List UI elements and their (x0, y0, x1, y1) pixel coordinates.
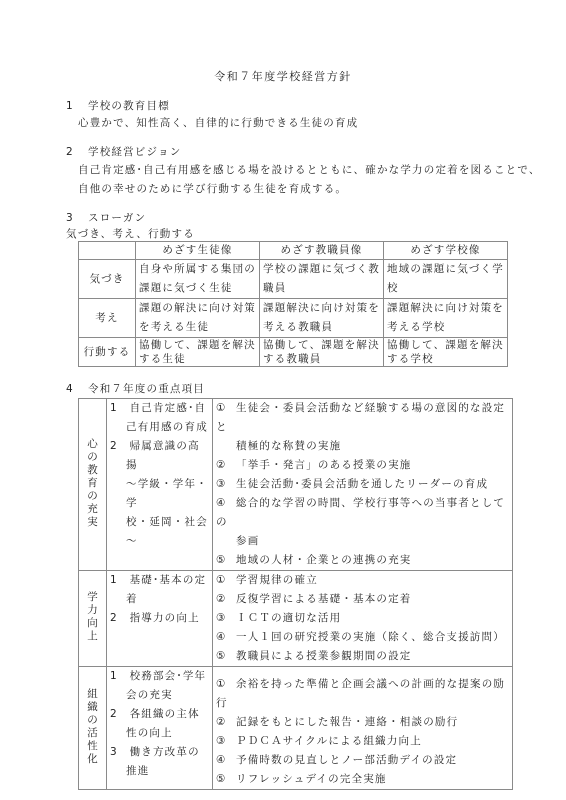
table-cell: 協働して、課題を解決する生徒 (136, 338, 260, 367)
table-cell: 協働して、課題を解決する教職員 (260, 338, 384, 367)
list-item: ①学習規律の確立 (216, 571, 509, 590)
table-row: 学力向上 1 基礎･基本の定 着 2 指導力の向上 ①学習規律の確立 ②反復学習… (79, 571, 513, 667)
item-number: ② (216, 713, 236, 732)
goal-line: 校・延岡・社会～ (110, 513, 209, 551)
row-label: 気づき (79, 260, 136, 299)
cell-line: 自身や所属する集団の (139, 263, 256, 275)
goal-line: 性の向上 (110, 724, 209, 743)
page-title: 令和７年度学校経営方針 (0, 68, 566, 84)
item-text: 生徒会・委員会活動など経験する場の意図的な設定と (216, 402, 505, 433)
item-number: ② (216, 456, 236, 475)
cell-line: 職員 (263, 282, 286, 294)
list-item: ③生徒会活動･委員会活動を通したリーダーの育成 (216, 475, 509, 494)
goal-line: 着 (110, 590, 209, 609)
cell-line: 考える教職員 (263, 321, 333, 333)
category-label: 組織の活性化 (87, 688, 99, 766)
table-cell: 協働して、課題を解決する学校 (384, 338, 508, 367)
header-cell (79, 242, 136, 260)
category-label: 心の教育の充実 (87, 438, 99, 529)
cell-line: 協働して、課題を解決 (139, 339, 256, 351)
item-number: ③ (216, 609, 236, 628)
list-item: ④総合的な学習の時間、学校行事等への当事者としての (216, 494, 509, 532)
cell-line: 協働して、課題を解決 (387, 339, 504, 351)
item-text: 総合的な学習の時間、学校行事等への当事者としての (216, 497, 505, 528)
section-number: 1 (66, 100, 88, 112)
item-text: 反復学習による基礎・基本の定着 (236, 593, 412, 605)
table-row: 組織の活性化 1 校務部会･学年 会の充実 2 各組織の主体 性の向上 3 働き… (79, 667, 513, 790)
category-cell: 組織の活性化 (79, 667, 107, 790)
item-number: ② (216, 590, 236, 609)
list-item: ③ＰＤＣＡサイクルによる組織力向上 (216, 732, 509, 751)
list-item: ③ＩＣＴの適切な活用 (216, 609, 509, 628)
item-number: ① (216, 571, 236, 590)
list-item: ⑤リフレッシュデイの完全実施 (216, 770, 509, 789)
table-cell: 課題の解決に向け対策を考える生徒 (136, 299, 260, 338)
section-number: 2 (66, 146, 88, 158)
vision-line-1: 自己肯定感･自己有用感を感じる場を設けるとともに、確かな学力の定着を図ることで、 (78, 162, 541, 177)
section-title: 学校の教育目標 (88, 100, 170, 112)
cell-line: 課題解決に向け対策を (263, 302, 380, 314)
item-text: 記録をもとにした報告・連絡・相談の励行 (236, 716, 458, 728)
table-cell: 自身や所属する集団の課題に気づく生徒 (136, 260, 260, 299)
item-text: 予備時数の見直しとノー部活動デイの設定 (236, 754, 457, 766)
item-number: ③ (216, 475, 236, 494)
row-label: 考え (79, 299, 136, 338)
table-header-row: めざす生徒像 めざす教職員像 めざす学校像 (79, 242, 508, 260)
item-number: ⑤ (216, 647, 236, 666)
section-2-heading: 2学校経営ビジョン (66, 144, 181, 159)
item-text: 「挙手・発言」のある授業の実施 (236, 459, 412, 471)
cell-line: 考える学校 (387, 321, 446, 333)
section-number: 3 (66, 212, 88, 224)
list-item: ④一人１回の研究授業の実施（除く、総合支援訪問） (216, 628, 509, 647)
cell-line: する学校 (387, 353, 434, 365)
table-row: 考え 課題の解決に向け対策を考える生徒 課題解決に向け対策を考える教職員 課題解… (79, 299, 508, 338)
goals-cell: 1 自己肯定感･自 己有用感の育成 2 帰属意識の高 揚 ～学級・学年・学 校・… (107, 399, 213, 571)
section-number: 4 (66, 383, 88, 395)
item-text: ＩＣＴの適切な活用 (236, 612, 341, 624)
items-cell: ①余裕を持った準備と企画会議への計画的な提案の励行 ②記録をもとにした報告・連絡… (213, 667, 513, 790)
list-item: ②反復学習による基礎・基本の定着 (216, 590, 509, 609)
cell-line: 協働して、課題を解決 (263, 339, 380, 351)
item-text: 教職員による授業参観期間の設定 (236, 650, 412, 662)
cell-line: 学校の課題に気づく教 (263, 263, 380, 275)
item-text: 地域の人材・企業との連携の充実 (236, 554, 412, 566)
item-text: 学習規律の確立 (236, 574, 318, 586)
item-text: 生徒会活動･委員会活動を通したリーダーの育成 (236, 478, 488, 490)
item-text: ＰＤＣＡサイクルによる組織力向上 (236, 735, 422, 747)
goal-line: 己有用感の育成 (110, 418, 209, 437)
row-label: 行動する (79, 338, 136, 367)
goals-cell: 1 基礎･基本の定 着 2 指導力の向上 (107, 571, 213, 667)
table-cell: 学校の課題に気づく教職員 (260, 260, 384, 299)
goal-line: 会の充実 (110, 686, 209, 705)
item-text: 一人１回の研究授業の実施（除く、総合支援訪問） (236, 631, 505, 643)
item-number: ① (216, 399, 236, 418)
section-title: 令和７年度の重点項目 (88, 383, 205, 395)
header-cell: めざす教職員像 (260, 242, 384, 260)
goal-line: 2 帰属意識の高 (110, 437, 209, 456)
item-number: ⑤ (216, 551, 236, 570)
table-row: 行動する 協働して、課題を解決する生徒 協働して、課題を解決する教職員 協働して… (79, 338, 508, 367)
table-row: 心の教育の充実 1 自己肯定感･自 己有用感の育成 2 帰属意識の高 揚 ～学級… (79, 399, 513, 571)
priority-table: 心の教育の充実 1 自己肯定感･自 己有用感の育成 2 帰属意識の高 揚 ～学級… (78, 398, 513, 790)
goal-line: 1 校務部会･学年 (110, 667, 209, 686)
cell-line: 課題に気づく生徒 (139, 282, 233, 294)
goal-line: ～学級・学年・学 (110, 475, 209, 513)
header-cell: めざす生徒像 (136, 242, 260, 260)
category-cell: 学力向上 (79, 571, 107, 667)
section-title: スローガン (88, 212, 146, 224)
slogan-text: 気づき、考え、行動する (66, 226, 195, 241)
goal-line: 推進 (110, 762, 209, 781)
cell-line: 課題解決に向け対策を (387, 302, 504, 314)
category-cell: 心の教育の充実 (79, 399, 107, 571)
table-cell: 課題解決に向け対策を考える教職員 (260, 299, 384, 338)
items-cell: ①学習規律の確立 ②反復学習による基礎・基本の定着 ③ＩＣＴの適切な活用 ④一人… (213, 571, 513, 667)
list-item: ④予備時数の見直しとノー部活動デイの設定 (216, 751, 509, 770)
cell-line: 校 (387, 282, 399, 294)
cell-line: する教職員 (263, 353, 322, 365)
item-number: ④ (216, 628, 236, 647)
item-text: リフレッシュデイの完全実施 (236, 773, 387, 785)
item-number: ④ (216, 494, 236, 513)
section-3-heading: 3スローガン (66, 210, 146, 225)
item-text: 積極的な称賛の実施 (216, 437, 509, 456)
category-label: 学力向上 (87, 591, 99, 643)
list-item: ⑤地域の人材・企業との連携の充実 (216, 551, 509, 570)
goal-line: 揚 (110, 456, 209, 475)
goal-line: 2 指導力の向上 (110, 609, 209, 628)
education-goal: 心豊かで、知性高く、自律的に行動できる生徒の育成 (78, 115, 358, 130)
goals-cell: 1 校務部会･学年 会の充実 2 各組織の主体 性の向上 3 働き方改革の 推進 (107, 667, 213, 790)
item-number: ⑤ (216, 770, 236, 789)
item-number: ① (216, 675, 236, 694)
list-item: ①余裕を持った準備と企画会議への計画的な提案の励行 (216, 675, 509, 713)
list-item: ①生徒会・委員会活動など経験する場の意図的な設定と (216, 399, 509, 437)
slogan-table: めざす生徒像 めざす教職員像 めざす学校像 気づき 自身や所属する集団の課題に気… (78, 241, 508, 367)
goal-line: 2 各組織の主体 (110, 705, 209, 724)
section-4-heading: 4令和７年度の重点項目 (66, 381, 205, 396)
goal-line: 3 働き方改革の (110, 743, 209, 762)
item-number: ④ (216, 751, 236, 770)
section-title: 学校経営ビジョン (88, 146, 181, 158)
table-cell: 課題解決に向け対策を考える学校 (384, 299, 508, 338)
cell-line: する生徒 (139, 353, 186, 365)
items-cell: ①生徒会・委員会活動など経験する場の意図的な設定と 積極的な称賛の実施 ②「挙手… (213, 399, 513, 571)
table-row: 気づき 自身や所属する集団の課題に気づく生徒 学校の課題に気づく教職員 地域の課… (79, 260, 508, 299)
goal-line: 1 自己肯定感･自 (110, 399, 209, 418)
item-text: 参画 (216, 532, 509, 551)
cell-line: 課題の解決に向け対策 (139, 302, 256, 314)
table-cell: 地域の課題に気づく学校 (384, 260, 508, 299)
cell-line: 地域の課題に気づく学 (387, 263, 504, 275)
cell-line: を考える生徒 (139, 321, 209, 333)
list-item: ②記録をもとにした報告・連絡・相談の励行 (216, 713, 509, 732)
section-1-heading: 1学校の教育目標 (66, 98, 170, 113)
item-number: ③ (216, 732, 236, 751)
list-item: ⑤教職員による授業参観期間の設定 (216, 647, 509, 666)
header-cell: めざす学校像 (384, 242, 508, 260)
goal-line: 1 基礎･基本の定 (110, 571, 209, 590)
vision-line-2: 自他の幸せのために学び行動する生徒を育成する。 (78, 181, 347, 196)
list-item: ②「挙手・発言」のある授業の実施 (216, 456, 509, 475)
item-text: 余裕を持った準備と企画会議への計画的な提案の励行 (216, 678, 505, 709)
